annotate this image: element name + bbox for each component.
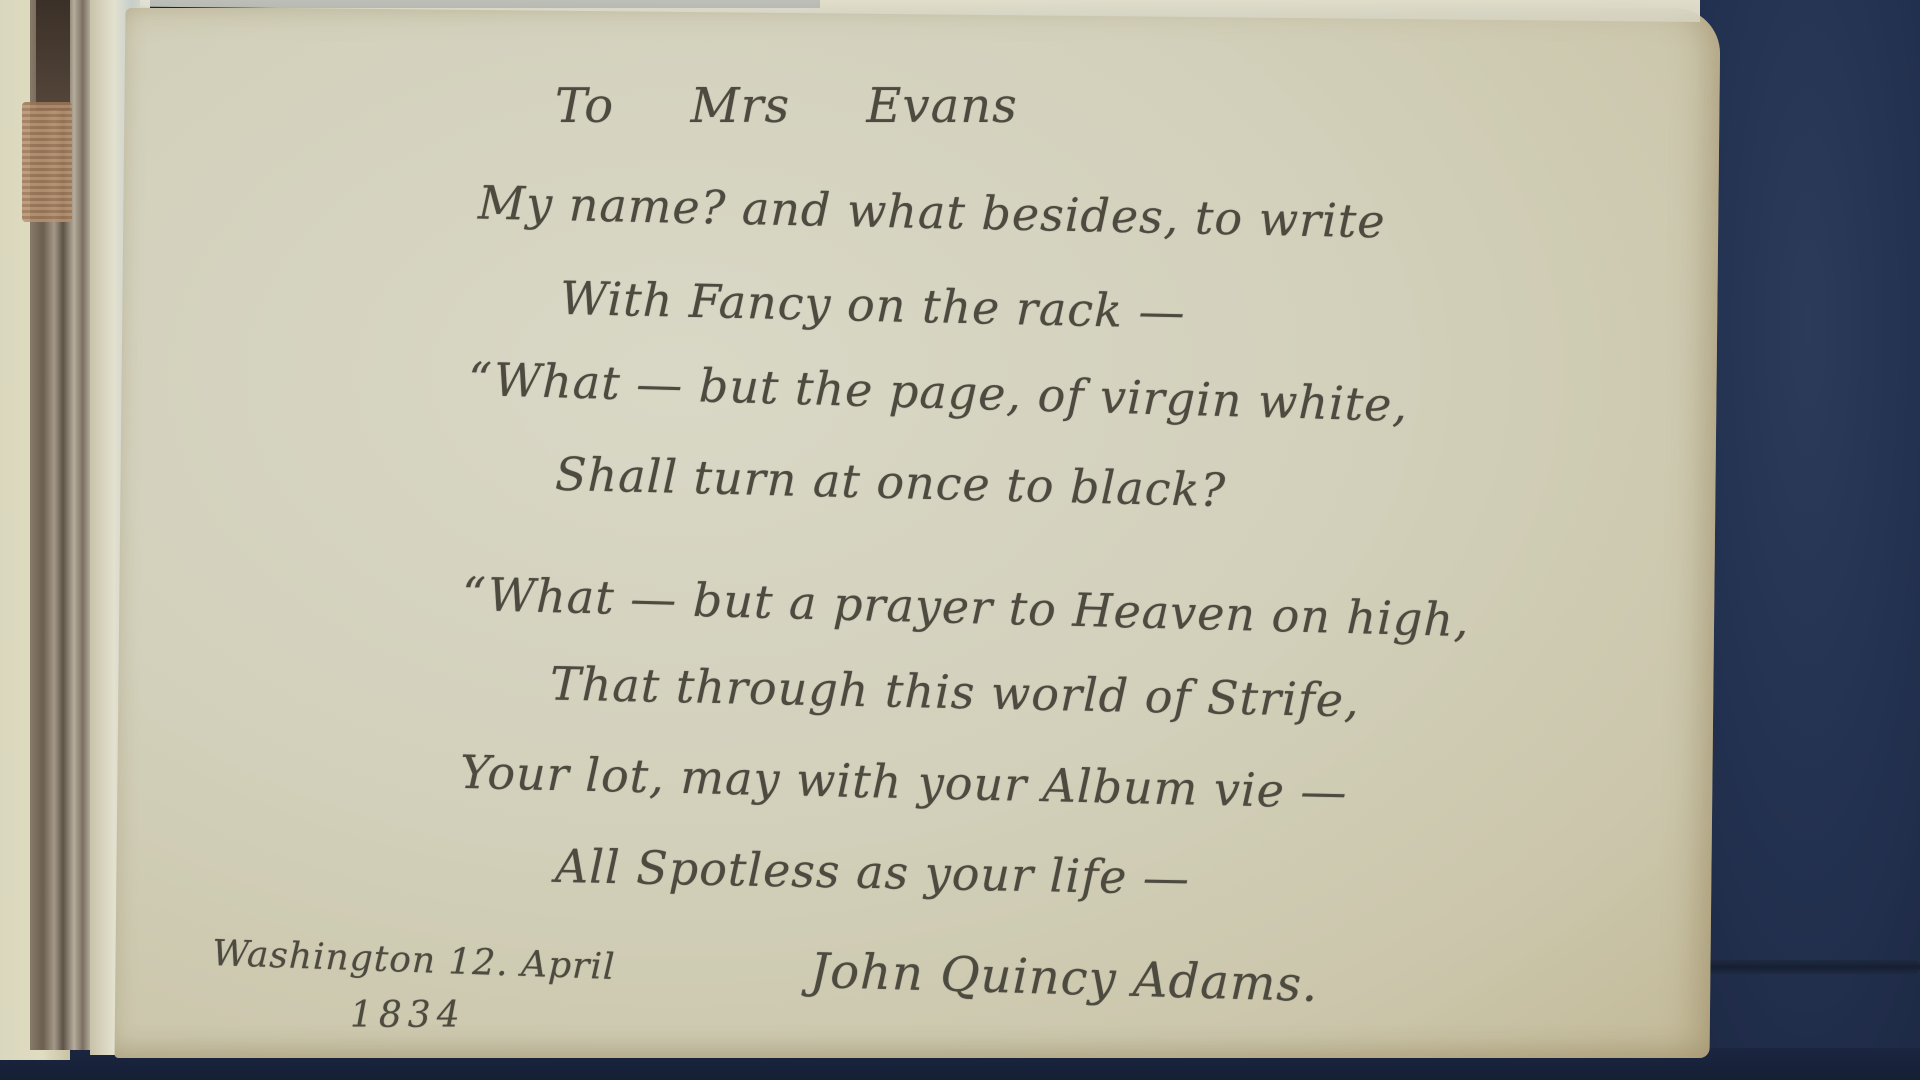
year: 1834: [350, 995, 466, 1036]
cloth-fold: [1690, 960, 1920, 974]
salutation: To Mrs Evans: [555, 78, 1018, 134]
album-page: [115, 8, 1721, 1058]
photo-scene: To Mrs Evans My name? and what besides, …: [0, 0, 1920, 1080]
spine-cover-fragment: [36, 0, 70, 110]
binding-thread: [22, 102, 72, 222]
